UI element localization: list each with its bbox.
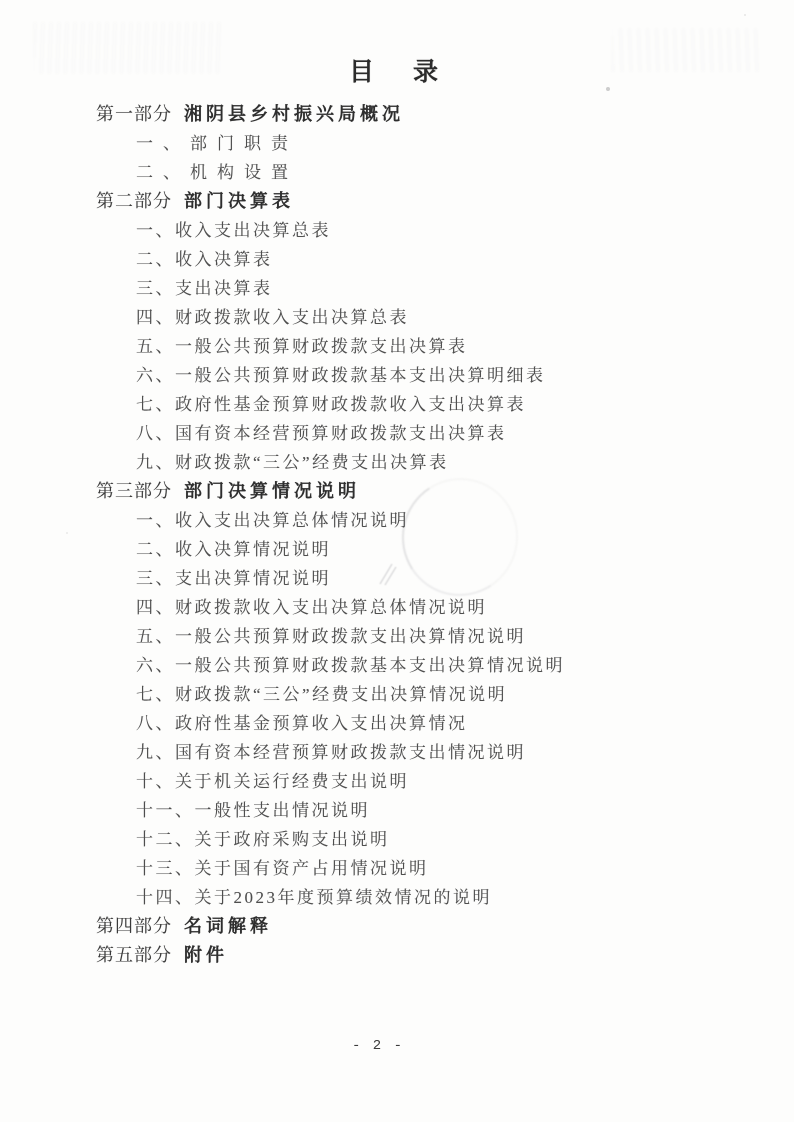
page-title: 目 录 [0,52,794,88]
toc-entry: 十一、一般性支出情况说明 [96,796,736,825]
toc-part-title: 部门决算情况说明 [184,481,360,501]
toc-part-label: 第四部分 [96,916,172,936]
toc-part-title: 附件 [184,945,228,965]
toc-entry: 七、财政拨款“三公”经费支出决算情况说明 [96,680,736,709]
toc-entry: 四、财政拨款收入支出决算总表 [96,303,736,332]
table-of-contents: 第一部分湘阴县乡村振兴局概况 一、部门职责 二、机构设置 第二部分部门决算表 一… [96,100,736,970]
toc-part-heading: 第一部分湘阴县乡村振兴局概况 [96,100,736,129]
toc-entry: 二、机构设置 [96,158,736,187]
toc-entry: 七、政府性基金预算财政拨款收入支出决算表 [96,390,736,419]
toc-part-title: 名词解释 [184,916,272,936]
toc-entry: 二、收入决算表 [96,245,736,274]
toc-part-label: 第一部分 [96,104,172,124]
toc-entry: 八、国有资本经营预算财政拨款支出决算表 [96,419,736,448]
toc-entry: 一、收入支出决算总体情况说明 [96,506,736,535]
toc-part-heading: 第三部分部门决算情况说明 [96,477,736,506]
toc-entry: 九、财政拨款“三公”经费支出决算表 [96,448,736,477]
toc-entry: 八、政府性基金预算收入支出决算情况 [96,709,736,738]
toc-entry: 六、一般公共预算财政拨款基本支出决算情况说明 [96,651,736,680]
toc-entry: 一、收入支出决算总表 [96,216,736,245]
toc-entry: 四、财政拨款收入支出决算总体情况说明 [96,593,736,622]
toc-entry: 十四、关于2023年度预算绩效情况的说明 [96,883,736,912]
page-number: - 2 - [338,1038,418,1054]
toc-entry: 十、关于机关运行经费支出说明 [96,767,736,796]
toc-entry: 三、支出决算表 [96,274,736,303]
toc-entry: 一、部门职责 [96,129,736,158]
toc-part-heading: 第四部分名词解释 [96,912,736,941]
toc-entry: 十三、关于国有资产占用情况说明 [96,854,736,883]
toc-entry: 五、一般公共预算财政拨款支出决算情况说明 [96,622,736,651]
toc-entry: 六、一般公共预算财政拨款基本支出决算明细表 [96,361,736,390]
toc-part-heading: 第五部分附件 [96,941,736,970]
toc-entry: 二、收入决算情况说明 [96,535,736,564]
scan-speckles [0,0,2,2]
toc-part-heading: 第二部分部门决算表 [96,187,736,216]
toc-part-label: 第三部分 [96,481,172,501]
toc-entry: 十二、关于政府采购支出说明 [96,825,736,854]
toc-part-title: 部门决算表 [184,191,294,211]
scanned-document-page: 目 录 第一部分湘阴县乡村振兴局概况 一、部门职责 二、机构设置 第二部分部门决… [0,0,794,1122]
toc-part-label: 第五部分 [96,945,172,965]
toc-entry: 五、一般公共预算财政拨款支出决算表 [96,332,736,361]
toc-part-label: 第二部分 [96,191,172,211]
toc-entry: 三、支出决算情况说明 [96,564,736,593]
toc-entry: 九、国有资本经营预算财政拨款支出情况说明 [96,738,736,767]
toc-part-title: 湘阴县乡村振兴局概况 [184,104,404,124]
